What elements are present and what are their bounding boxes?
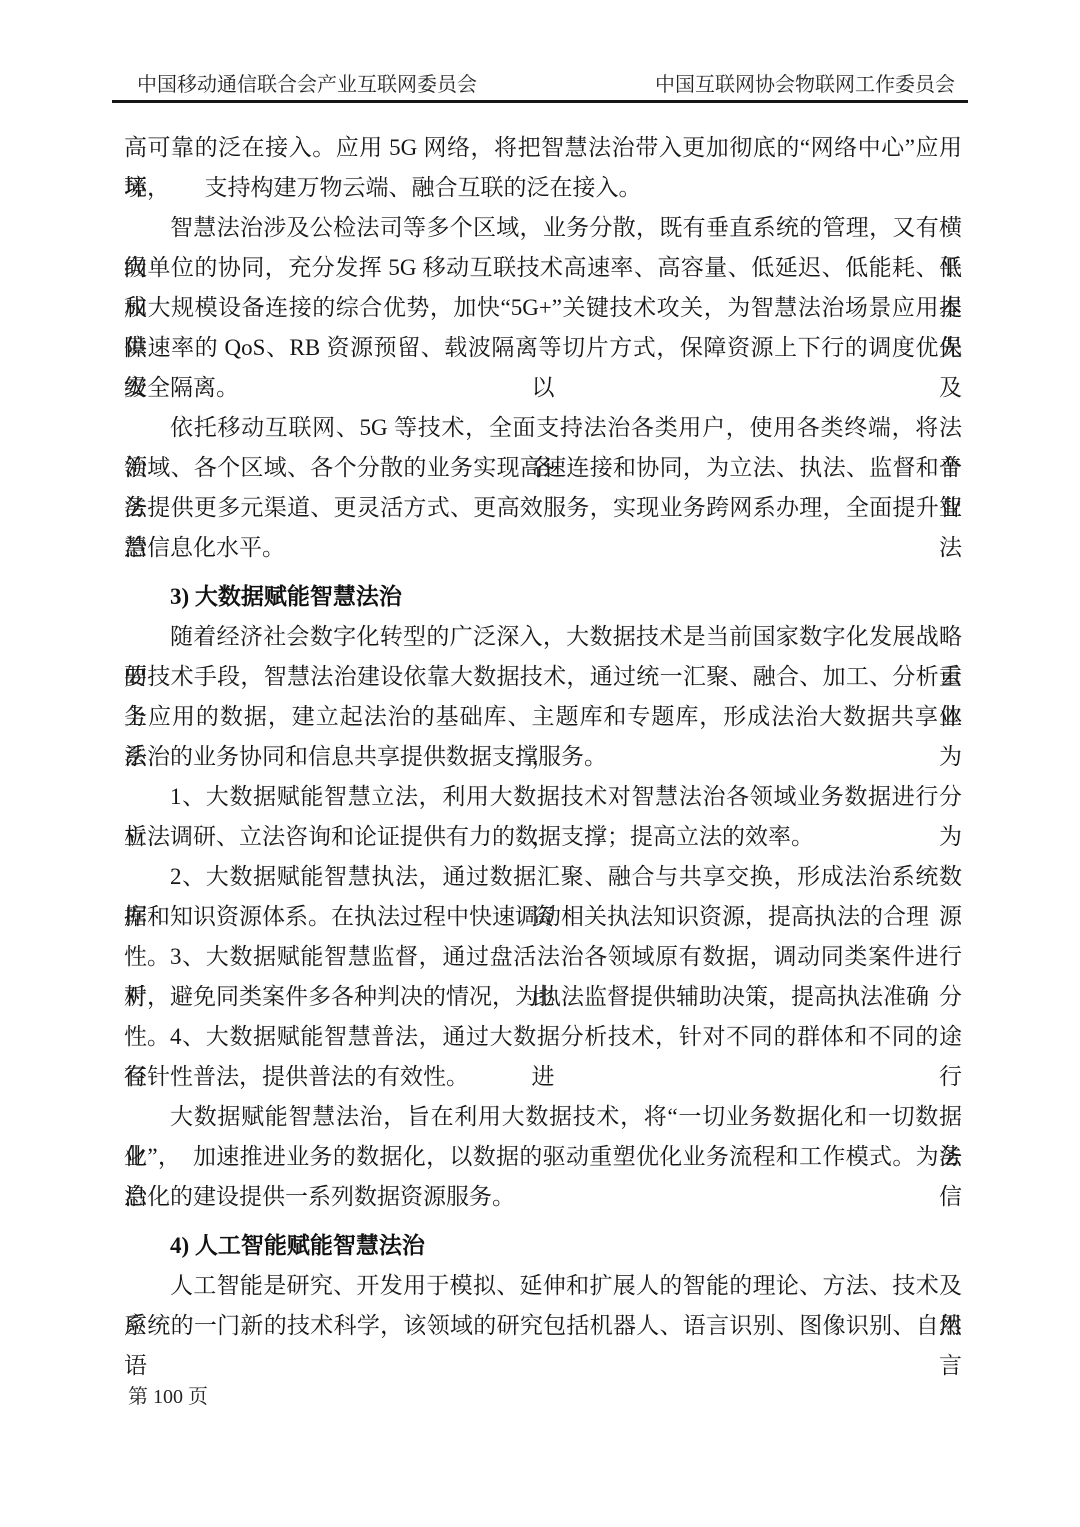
body-line: 境， 支持构建万物云端、融合互联的泛在接入。 [124,168,962,208]
body-line: 依托移动互联网、5G 等技术，全面支持法治各类用户，使用各类终端，将法治各个 [124,408,962,448]
body-line: 库和知识资源体系。在执法过程中快速调动相关执法知识资源，提高执法的合理性。 [124,897,962,937]
body-line: 1、大数据赋能智慧立法，利用大数据技术对智慧法治各领域业务数据进行分析，为 [124,777,962,817]
body-line: 高可靠的泛在接入。应用 5G 网络，将把智慧法治带入更加彻底的“网络中心”应用环 [124,128,962,168]
section-heading: 3) 大数据赋能智慧法治 [124,577,962,617]
body-line: 析，避免同类案件多各种判决的情况，为执法监督提供辅助决策，提高执法准确性。 [124,977,962,1017]
body-line: 务应用的数据，建立起法治的基础库、主题库和专题库，形成法治大数据共享体系，为 [124,697,962,737]
body-line: 化”， 加速推进业务的数据化，以数据的驱动重塑优化业务流程和工作模式。为法治信 [124,1137,962,1177]
body-line: 和大规模设备连接的综合优势，加快“5G+”关键技术攻关，为智慧法治场景应用提供保 [124,288,962,328]
page-number: 第 100 页 [128,1384,208,1410]
body-line: 要技术手段，智慧法治建设依靠大数据技术，通过统一汇聚、融合、加工、分析云上业 [124,657,962,697]
header-rule-divider [112,100,968,103]
body-line: 障速率的 QoS、RB 资源预留、载波隔离等切片方式，保障资源上下行的调度优先级… [124,328,962,368]
page-header: 中国移动通信联合会产业互联网委员会 中国互联网协会物联网工作委员会 [137,72,955,98]
body-line: 领域、各个区域、各个分散的业务实现高速连接和协同，为立法、执法、监督和普法业 [124,448,962,488]
header-right-committee: 中国互联网协会物联网工作委员会 [655,72,955,98]
body-line: 4、大数据赋能智慧普法，通过大数据分析技术，针对不同的群体和不同的途径进行 [124,1017,962,1057]
body-line: 人工智能是研究、开发用于模拟、延伸和扩展人的智能的理论、方法、技术及应用 [124,1266,962,1306]
body-line: 随着经济社会数字化转型的广泛深入，大数据技术是当前国家数字化发展战略的重 [124,617,962,657]
body-line: 大数据赋能智慧法治，旨在利用大数据技术，将“一切业务数据化和一切数据业务 [124,1097,962,1137]
body-line: 系统的一门新的技术科学，该领域的研究包括机器人、语言识别、图像识别、自然语言 [124,1306,962,1346]
body-text: 高可靠的泛在接入。应用 5G 网络，将把智慧法治带入更加彻底的“网络中心”应用环… [124,128,962,1346]
body-line: 智慧法治涉及公检法司等多个区域，业务分散，既有垂直系统的管理，又有横向平 [124,208,962,248]
body-line: 2、大数据赋能智慧执法，通过数据汇聚、融合与共享交换，形成法治系统数据资源 [124,857,962,897]
body-line: 务提供更多元渠道、更灵活方式、更高效服务，实现业务跨网系办理，全面提升智慧法 [124,488,962,528]
body-line: 级单位的协同，充分发挥 5G 移动互联技术高速率、高容量、低延迟、低能耗、低成本 [124,248,962,288]
body-line: 3、大数据赋能智慧监督，通过盘活法治各领域原有数据，调动同类案件进行对比分 [124,937,962,977]
section-heading: 4) 人工智能赋能智慧法治 [124,1226,962,1266]
document-page: 中国移动通信联合会产业互联网委员会 中国互联网协会物联网工作委员会 高可靠的泛在… [0,0,1080,1527]
header-left-committee: 中国移动通信联合会产业互联网委员会 [137,72,477,98]
